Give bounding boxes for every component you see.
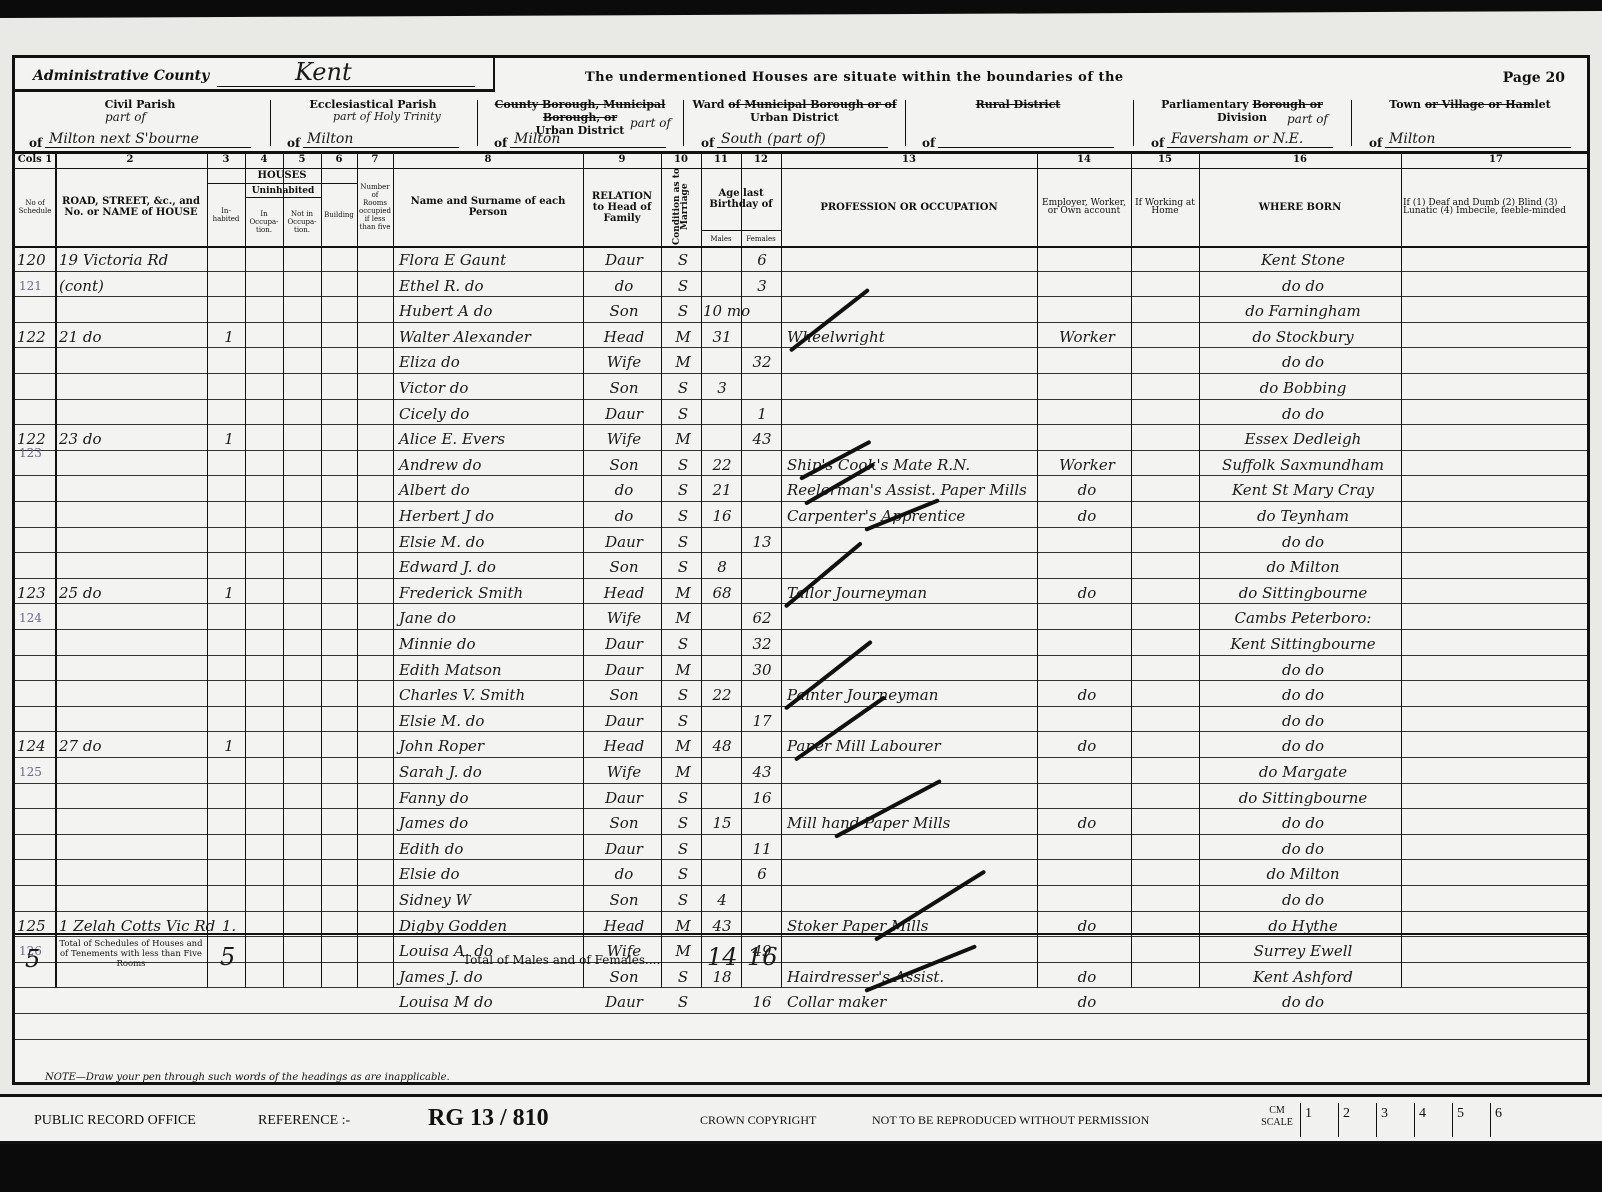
cell-employer: do	[1043, 681, 1131, 706]
cell-road	[59, 656, 207, 681]
cell-inhab	[215, 886, 243, 911]
cell-male	[703, 988, 741, 1013]
cell-name: Sidney W	[399, 886, 583, 911]
cell-inhab	[215, 451, 243, 476]
cell-sched	[17, 681, 55, 706]
cell-name: Flora E Gaunt	[399, 246, 583, 271]
cell-employer	[1043, 656, 1131, 681]
col-number: 11	[701, 154, 741, 165]
cell-sched	[17, 400, 55, 425]
cell-cond: M	[665, 425, 701, 450]
cell-employer	[1043, 348, 1131, 373]
column-divider	[283, 154, 284, 988]
cell-occupation	[787, 604, 1037, 629]
label-text: Division	[1217, 111, 1267, 124]
reference-label: REFERENCE :-	[258, 1113, 350, 1129]
column-divider	[1401, 154, 1402, 988]
col-number: 6	[321, 154, 357, 165]
col-number: 10	[661, 154, 701, 165]
cell-occupation	[787, 297, 1037, 322]
cell-employer: do	[1043, 579, 1131, 604]
cell-occupation	[787, 1014, 1037, 1039]
cell-cond: S	[665, 988, 701, 1013]
town-value: Milton	[1389, 131, 1435, 147]
cell-occupation	[787, 400, 1037, 425]
ward: Ward of Municipal Borough or ofUrban Dis…	[687, 92, 902, 154]
divider	[1133, 100, 1134, 146]
cell-name: Jane do	[399, 604, 583, 629]
cell-inhab	[215, 988, 243, 1013]
cell-relation: Daur	[587, 784, 661, 809]
cell-road	[59, 758, 207, 783]
cell-sched	[17, 886, 55, 911]
cm-scale-mark: 6	[1490, 1103, 1528, 1137]
page-number: Page 20	[1503, 70, 1565, 86]
of-label: of	[701, 136, 714, 150]
cm-scale-mark: 4	[1414, 1103, 1452, 1137]
cell-relation: Daur	[587, 707, 661, 732]
cell-employer	[1043, 374, 1131, 399]
cell-born: do do	[1205, 732, 1401, 757]
cell-road	[59, 886, 207, 911]
cell-name: Minnie do	[399, 630, 583, 655]
cell-road	[59, 784, 207, 809]
cell-male	[703, 630, 741, 655]
col-number: 2	[55, 154, 205, 165]
ecclesiastical-parish-note: part of Holy Trinity	[333, 110, 441, 123]
cell-female: 43	[743, 758, 781, 783]
cell-inhab: 1	[215, 425, 243, 450]
schedule-subnumber: 125	[19, 758, 42, 783]
table-row: Sarah J. doWifeM43do Margate125	[15, 758, 1587, 784]
admin-county-line	[217, 86, 475, 87]
cell-cond: S	[665, 451, 701, 476]
cell-name: Victor do	[399, 374, 583, 399]
cell-born: do do	[1205, 528, 1401, 553]
cell-employer: do	[1043, 809, 1131, 834]
cell-born: do do	[1205, 809, 1401, 834]
cell-inhab	[215, 528, 243, 553]
header-rooms: Number of Rooms occupied if less than fi…	[357, 168, 393, 246]
header-road: ROAD, STREET, &c., and No. or NAME of HO…	[55, 168, 207, 246]
label-text: Town	[1389, 98, 1421, 111]
cell-relation: Wife	[587, 758, 661, 783]
cell-cond: S	[665, 809, 701, 834]
column-divider	[321, 154, 322, 988]
cell-road	[59, 553, 207, 578]
urban-district-value: Milton	[514, 131, 560, 147]
cell-relation: Daur	[587, 656, 661, 681]
cell-name: Herbert J do	[399, 502, 583, 527]
column-divider	[661, 154, 662, 988]
header-houses: HOUSES	[207, 168, 357, 184]
cell-born: do Sittingbourne	[1205, 579, 1401, 604]
cell-female	[743, 681, 781, 706]
cell-cond: S	[665, 553, 701, 578]
column-divider	[393, 154, 394, 988]
cell-road	[59, 809, 207, 834]
table-row: Jane doWifeM62Cambs Peterboro:124	[15, 604, 1587, 630]
cell-name: Albert do	[399, 476, 583, 501]
cell-road	[59, 988, 207, 1013]
cm-scale-mark: 2	[1338, 1103, 1376, 1137]
header-top: Administrative County Kent The underment…	[15, 58, 1587, 92]
table-row: Edith MatsonDaurM30do do	[15, 656, 1587, 682]
cell-relation: Daur	[587, 835, 661, 860]
col-number: 4	[245, 154, 283, 165]
cell-male: 10 mo	[703, 297, 741, 322]
header-infirmity: If (1) Deaf and Dumb (2) Blind (3) Lunat…	[1401, 168, 1591, 246]
cell-inhab	[215, 758, 243, 783]
cell-born: do do	[1205, 707, 1401, 732]
cell-relation: Daur	[587, 400, 661, 425]
cell-road	[59, 707, 207, 732]
header-condition: Condition as to Marriage	[661, 168, 701, 246]
cm-scale-mark: 5	[1452, 1103, 1490, 1137]
cell-road	[59, 604, 207, 629]
table-row: Fanny doDaurS16do Sittingbourne	[15, 784, 1587, 810]
cell-relation: Son	[587, 451, 661, 476]
table-row: Eliza doWifeM32do do	[15, 348, 1587, 374]
label-text: Ward	[692, 98, 724, 111]
cell-sched	[17, 374, 55, 399]
cell-born: do Farningham	[1205, 297, 1401, 322]
cell-relation: do	[587, 502, 661, 527]
cell-male	[703, 784, 741, 809]
cell-employer	[1043, 297, 1131, 322]
cell-employer: Worker	[1043, 323, 1131, 348]
cell-sched	[17, 451, 55, 476]
cell-female: 3	[743, 272, 781, 297]
parliamentary-value: Faversham or N.E.	[1171, 131, 1303, 147]
cell-relation: Daur	[587, 988, 661, 1013]
cell-female	[743, 502, 781, 527]
cell-inhab	[215, 860, 243, 885]
cell-female	[743, 579, 781, 604]
cell-inhab	[215, 681, 243, 706]
cell-relation: Head	[587, 579, 661, 604]
cell-employer	[1043, 528, 1131, 553]
cell-born: do Milton	[1205, 553, 1401, 578]
cell-born: Essex Dedleigh	[1205, 425, 1401, 450]
cell-relation: Wife	[587, 604, 661, 629]
cell-road	[59, 502, 207, 527]
record-office: PUBLIC RECORD OFFICE	[34, 1113, 196, 1129]
cell-cond: S	[665, 860, 701, 885]
column-divider	[1131, 154, 1132, 988]
cell-female: 13	[743, 528, 781, 553]
cell-cond: M	[665, 579, 701, 604]
cell-employer	[1043, 604, 1131, 629]
header-in-occupation: In Occupa-tion.	[245, 198, 283, 246]
cell-cond: S	[665, 630, 701, 655]
cell-road: 19 Victoria Rd	[59, 246, 207, 271]
column-divider	[583, 154, 584, 988]
cell-born: do Milton	[1205, 860, 1401, 885]
table-row: (cont)Ethel R. dodoS3do do121	[15, 272, 1587, 298]
cell-male	[703, 604, 741, 629]
cell-relation: Son	[587, 553, 661, 578]
cell-employer: do	[1043, 502, 1131, 527]
civil-parish-value: Milton next S'bourne	[49, 131, 199, 147]
cell-male: 31	[703, 323, 741, 348]
admin-county-value: Kent	[295, 58, 352, 86]
cell-road	[59, 630, 207, 655]
civil-parish-line	[45, 147, 251, 148]
cell-female: 16	[743, 784, 781, 809]
column-divider	[1199, 154, 1200, 988]
cell-inhab	[215, 809, 243, 834]
cell-female	[743, 886, 781, 911]
cell-relation: Son	[587, 809, 661, 834]
col-number: 7	[357, 154, 393, 165]
cell-employer	[1043, 886, 1131, 911]
cell-male	[703, 707, 741, 732]
cm-scale-mark: 3	[1376, 1103, 1414, 1137]
of-label: of	[494, 136, 507, 150]
header-occupation: PROFESSION OR OCCUPATION	[781, 168, 1037, 246]
cell-inhab	[215, 630, 243, 655]
column-divider	[357, 154, 358, 988]
cell-sched	[17, 528, 55, 553]
table-row	[15, 1014, 1587, 1040]
struck-label: or Village or Ham	[1425, 98, 1535, 111]
cell-road	[59, 297, 207, 322]
cell-inhab	[215, 1014, 243, 1039]
schedules-count: 5	[25, 945, 40, 973]
col-number: 14	[1037, 154, 1131, 165]
header-inhabited: In-habited	[207, 184, 245, 246]
totals-mf-label: Total of Males and of Females....	[463, 953, 660, 967]
cell-name: Fanny do	[399, 784, 583, 809]
cell-relation: Wife	[587, 425, 661, 450]
label-text: Urban District	[750, 111, 839, 124]
column-divider	[701, 154, 702, 988]
cell-road: 27 do	[59, 732, 207, 757]
cell-female: 30	[743, 656, 781, 681]
cell-relation	[587, 1014, 661, 1039]
cell-relation: Son	[587, 886, 661, 911]
ecclesiastical-parish-line	[303, 147, 459, 148]
cell-inhab: 1	[215, 323, 243, 348]
cell-inhab	[215, 272, 243, 297]
cell-female	[743, 809, 781, 834]
divider	[683, 100, 684, 146]
cell-born: Kent St Mary Cray	[1205, 476, 1401, 501]
town: Town or Village or Hamlet of Milton	[1355, 92, 1585, 154]
cell-female: 62	[743, 604, 781, 629]
census-sheet: Administrative County Kent The underment…	[12, 55, 1590, 1085]
cell-cond: S	[665, 886, 701, 911]
cell-sched	[17, 835, 55, 860]
cell-sched	[17, 348, 55, 373]
cell-occupation: Mill hand Paper Mills	[787, 809, 1037, 834]
cell-road	[59, 528, 207, 553]
cell-occupation	[787, 707, 1037, 732]
cell-name: Hubert A do	[399, 297, 583, 322]
totals-row: 5 Total of Schedules of Houses and of Te…	[15, 933, 1587, 990]
cell-relation: Head	[587, 323, 661, 348]
cell-male: 4	[703, 886, 741, 911]
cell-road: 21 do	[59, 323, 207, 348]
cell-born: do do	[1205, 656, 1401, 681]
cell-born	[1205, 1014, 1401, 1039]
cell-born: do Stockbury	[1205, 323, 1401, 348]
cell-female	[743, 1014, 781, 1039]
cell-relation: Wife	[587, 348, 661, 373]
cell-employer	[1043, 835, 1131, 860]
admin-county-label: Administrative County	[33, 68, 209, 84]
footer-strip: PUBLIC RECORD OFFICE REFERENCE :- RG 13 …	[0, 1094, 1602, 1144]
cell-sched	[17, 784, 55, 809]
cell-road	[59, 681, 207, 706]
table-row: Elsie M. doDaurS13do do	[15, 528, 1587, 554]
struck-label: of Municipal Borough or of	[728, 98, 896, 111]
cell-name: Cicely do	[399, 400, 583, 425]
cell-cond	[665, 1014, 701, 1039]
females-total: 16	[747, 943, 778, 971]
cell-inhab	[215, 476, 243, 501]
cell-born: do Sittingbourne	[1205, 784, 1401, 809]
rural-district: Rural District of	[908, 92, 1128, 154]
cell-relation: Head	[587, 732, 661, 757]
cell-female	[743, 553, 781, 578]
cell-road	[59, 400, 207, 425]
urban-district-note: part of	[630, 116, 671, 130]
table-row: Hubert A doSonS10 modo Farningham	[15, 297, 1587, 323]
cell-occupation	[787, 348, 1037, 373]
cell-inhab	[215, 656, 243, 681]
cell-sched	[17, 630, 55, 655]
column-divider	[55, 154, 57, 988]
boundary-text: The undermentioned Houses are situate wi…	[585, 70, 1124, 85]
cell-occupation	[787, 246, 1037, 271]
cell-cond: M	[665, 323, 701, 348]
cell-born: do do	[1205, 400, 1401, 425]
column-divider	[1037, 154, 1038, 988]
of-label: of	[922, 136, 935, 150]
cell-name: Alice E. Evers	[399, 425, 583, 450]
cell-female: 43	[743, 425, 781, 450]
cell-female	[743, 323, 781, 348]
cell-relation: do	[587, 476, 661, 501]
cell-occupation	[787, 886, 1037, 911]
cell-inhab	[215, 374, 243, 399]
cell-sched	[17, 553, 55, 578]
cell-female	[743, 451, 781, 476]
crown-copyright: CROWN COPYRIGHT	[700, 1113, 816, 1128]
males-total: 14	[707, 943, 738, 971]
schedules-label: Total of Schedules of Houses and of Tene…	[57, 939, 205, 969]
cell-female: 6	[743, 246, 781, 271]
cell-employer	[1043, 400, 1131, 425]
cell-employer: do	[1043, 988, 1131, 1013]
table-row: Edith doDaurS11do do	[15, 835, 1587, 861]
town-line	[1385, 147, 1571, 148]
urban-district: County Borough, Municipal Borough, orUrb…	[480, 92, 680, 154]
cell-employer: do	[1043, 476, 1131, 501]
ecclesiastical-parish: Ecclesiastical Parish part of Holy Trini…	[273, 92, 473, 154]
cell-cond: M	[665, 656, 701, 681]
cell-inhab	[215, 348, 243, 373]
cell-female	[743, 732, 781, 757]
cell-cond: M	[665, 758, 701, 783]
cell-female	[743, 374, 781, 399]
column-numbers: Cols 1 2 3 4 5 6 7 8 9 10 11 12 13 14 15…	[15, 154, 1587, 169]
header-schedule: No of Schedule	[15, 168, 55, 246]
col-number: 13	[781, 154, 1037, 165]
cell-cond: S	[665, 400, 701, 425]
cell-cond: S	[665, 374, 701, 399]
cell-name: Edith Matson	[399, 656, 583, 681]
cell-road: 23 do	[59, 425, 207, 450]
col-number: 5	[283, 154, 321, 165]
col-number: 12	[741, 154, 781, 165]
table-row: James doSonS15Mill hand Paper Millsdodo …	[15, 809, 1587, 835]
cell-male	[703, 860, 741, 885]
table-row: Louisa M doDaurS16Collar makerdodo do	[15, 988, 1587, 1014]
cell-sched	[17, 1014, 55, 1039]
cell-born: Suffolk Saxmundham	[1205, 451, 1401, 476]
cell-sched	[17, 988, 55, 1013]
cell-relation: Daur	[587, 528, 661, 553]
cell-sched: 123	[17, 579, 55, 604]
cell-sched: 120	[17, 246, 55, 271]
cell-cond: M	[665, 348, 701, 373]
column-headers: No of Schedule ROAD, STREET, &c., and No…	[15, 168, 1587, 248]
cell-male	[703, 246, 741, 271]
cell-cond: S	[665, 707, 701, 732]
cell-inhab	[215, 707, 243, 732]
cell-employer	[1043, 758, 1131, 783]
cell-relation: do	[587, 272, 661, 297]
parliamentary-division: Parliamentary Borough orDivision part of…	[1137, 92, 1347, 154]
cell-inhab	[215, 604, 243, 629]
cell-inhab	[215, 297, 243, 322]
cell-female: 1	[743, 400, 781, 425]
cell-name: Edward J. do	[399, 553, 583, 578]
cell-road	[59, 835, 207, 860]
cell-female: 17	[743, 707, 781, 732]
cell-cond: S	[665, 297, 701, 322]
cell-employer	[1043, 425, 1131, 450]
cell-occupation	[787, 758, 1037, 783]
col-number: Cols 1	[15, 154, 55, 165]
divider	[905, 100, 906, 146]
table-row: Edward J. doSonS8do Milton	[15, 553, 1587, 579]
cell-sched	[17, 656, 55, 681]
cell-male: 68	[703, 579, 741, 604]
cell-name: Walter Alexander	[399, 323, 583, 348]
cell-name: Sarah J. do	[399, 758, 583, 783]
cell-born: do Margate	[1205, 758, 1401, 783]
of-label: of	[1369, 136, 1382, 150]
cell-female	[743, 476, 781, 501]
cell-road	[59, 476, 207, 501]
header-where-born: WHERE BORN	[1199, 168, 1401, 246]
cell-cond: S	[665, 528, 701, 553]
cell-male: 15	[703, 809, 741, 834]
ward-label: Ward of Municipal Borough or ofUrban Dis…	[687, 98, 902, 124]
divider	[477, 100, 478, 146]
cell-relation: Son	[587, 297, 661, 322]
cell-occupation	[787, 860, 1037, 885]
cell-relation: Son	[587, 681, 661, 706]
cell-cond: S	[665, 502, 701, 527]
cell-born: Kent Sittingbourne	[1205, 630, 1401, 655]
divider	[1351, 100, 1352, 146]
cell-road	[59, 348, 207, 373]
